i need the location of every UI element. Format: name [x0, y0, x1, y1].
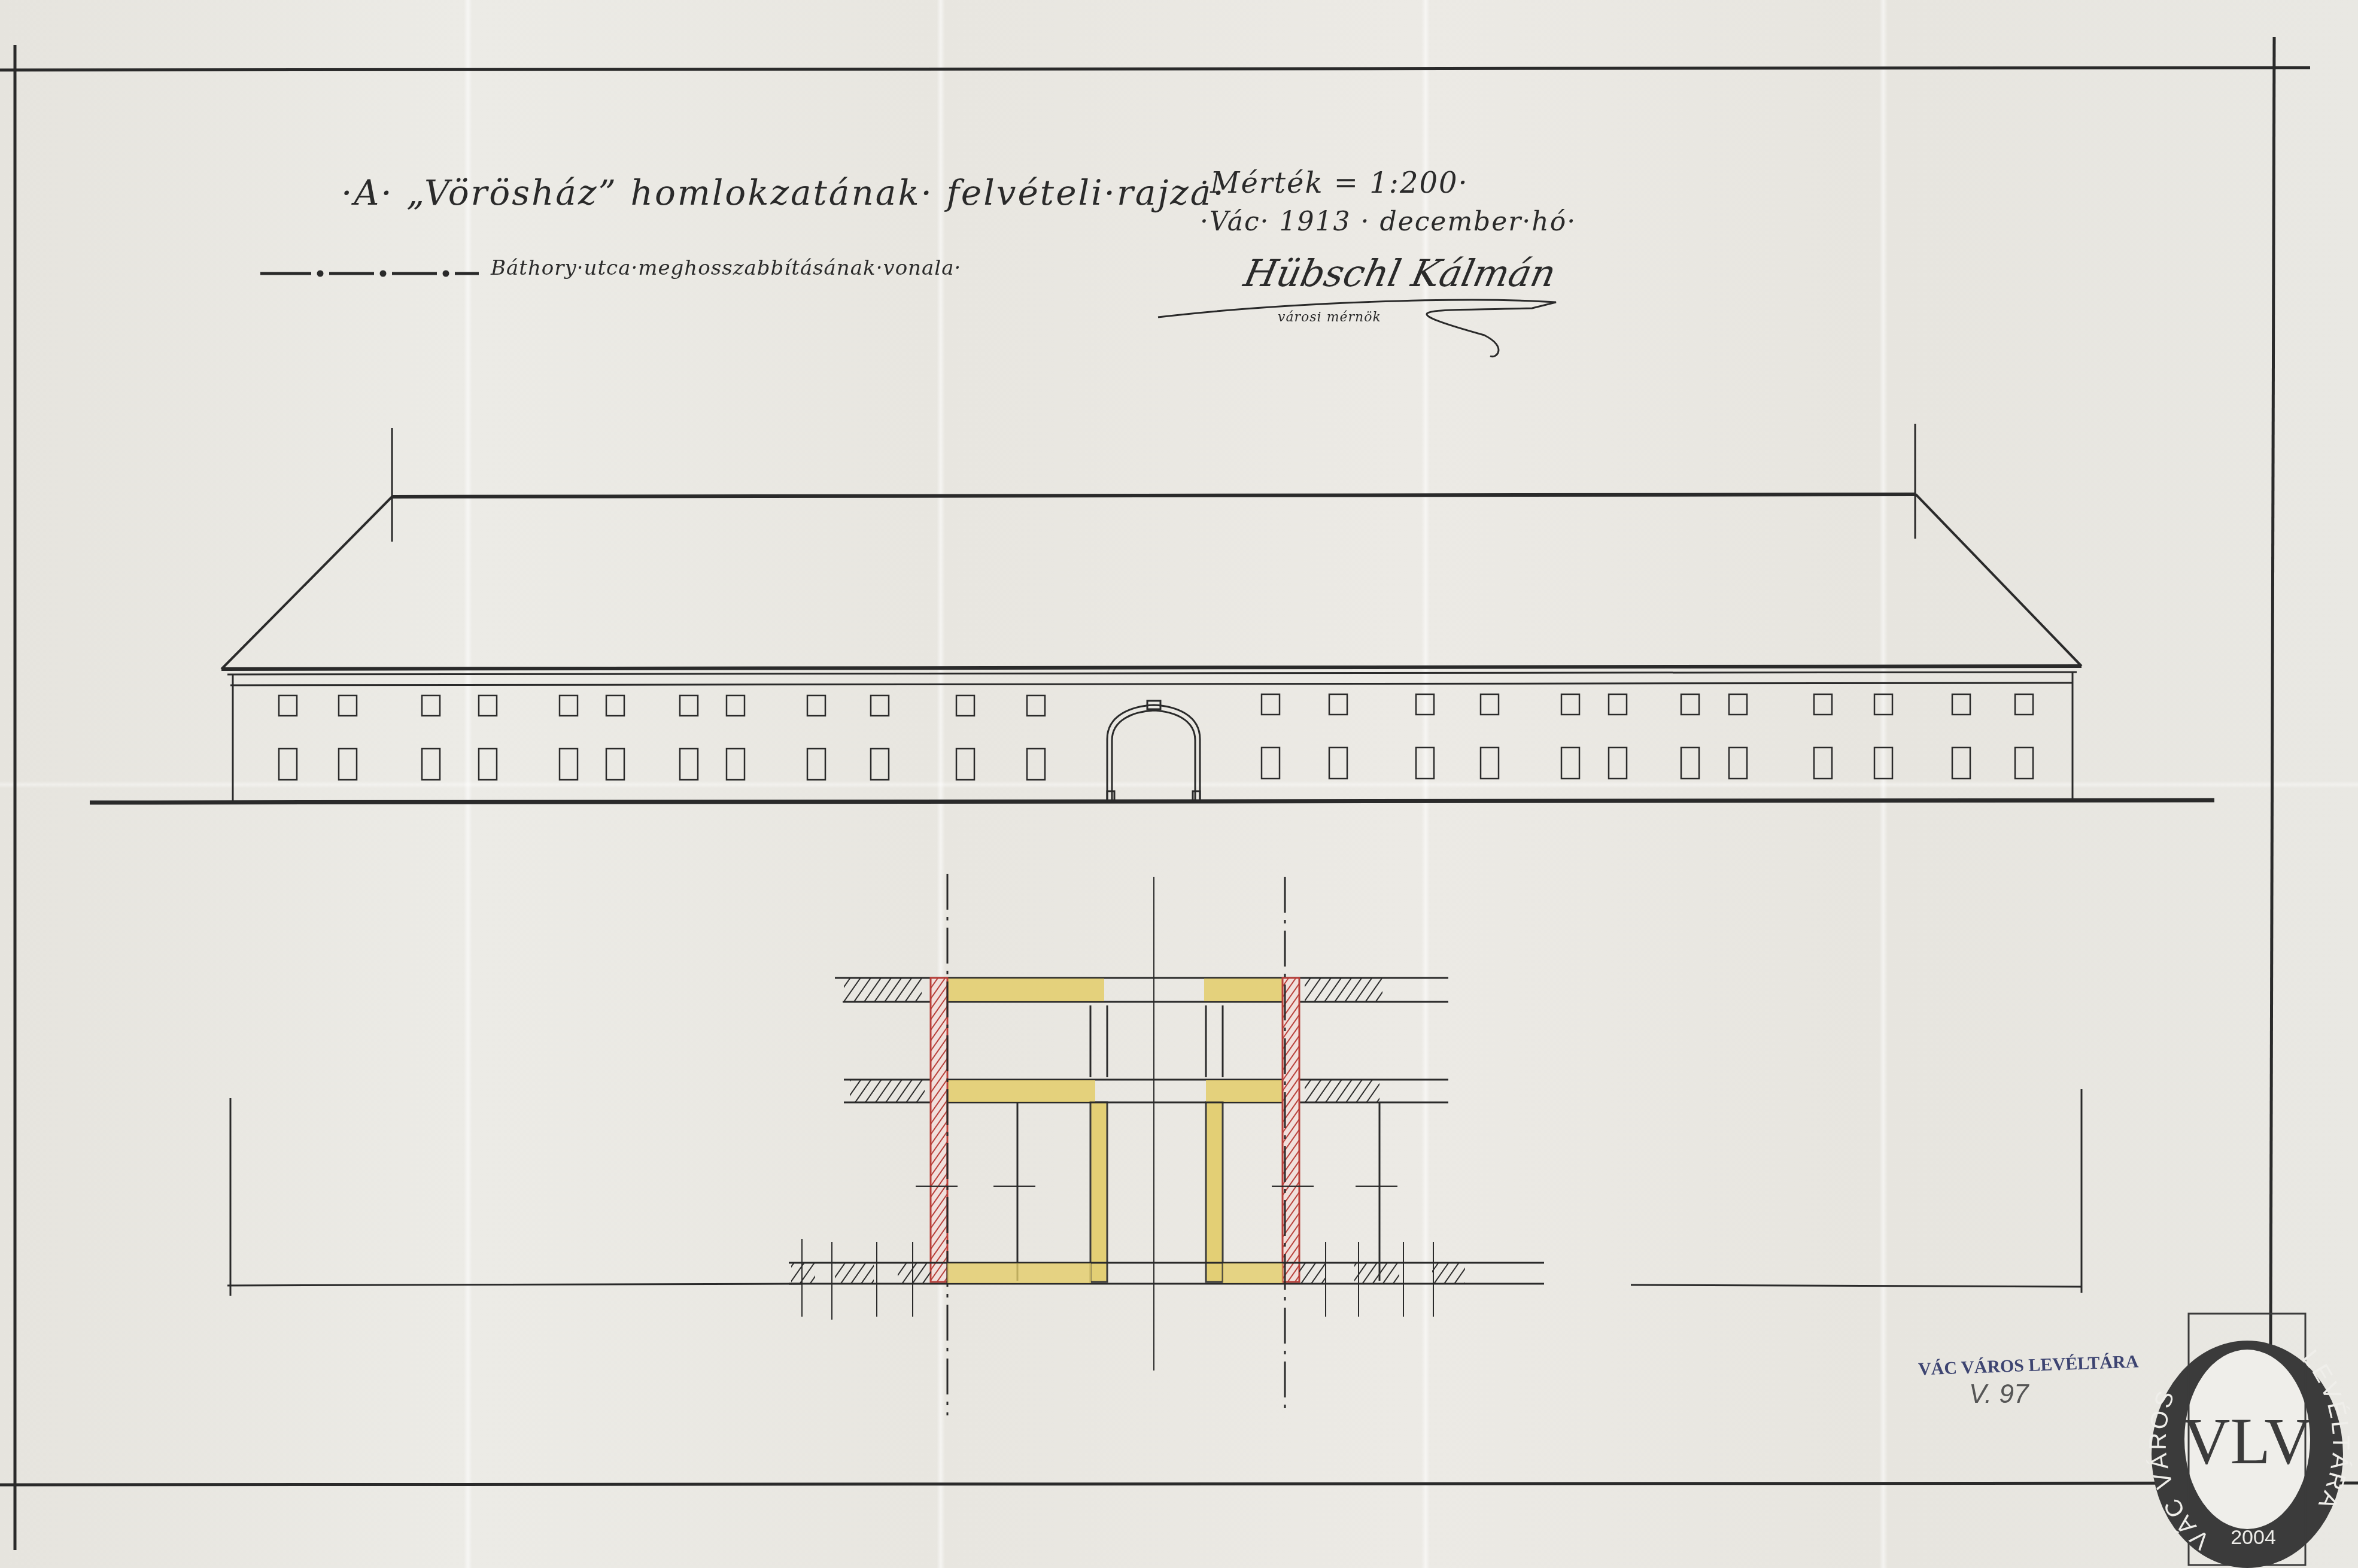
seal-year: 2004 — [2231, 1526, 2276, 1549]
arched-gate — [1107, 701, 1200, 802]
technical-drawing — [0, 0, 2358, 1568]
signature: Hübschl Kálmán — [1240, 251, 1560, 295]
border-frame — [0, 37, 2358, 1556]
place-date-label: ·Vác· 1913 · december·hó· — [1200, 206, 1576, 237]
facade-elevation — [90, 424, 2214, 803]
signer-role: városi mérnök — [1278, 310, 1381, 325]
signature-flourish — [1158, 300, 1556, 357]
archive-seal-icon: VLV VÁC VÁROS LEVÉLTÁRA 2004 — [2140, 1305, 2355, 1568]
drawing-title: ·A· „Vörösház” homlokzatának· felvételi·… — [341, 172, 1226, 213]
legend-label: Báthory·utca·meghosszabbításának·vonala· — [491, 256, 961, 280]
shelfmark: V. 97 — [1969, 1379, 2028, 1409]
floor-plan — [227, 874, 2082, 1415]
legend-dashdot-line — [260, 272, 479, 275]
scale-label: ·Mérték = 1:200· — [1200, 166, 1469, 200]
seal-monogram: VLV — [2183, 1405, 2312, 1478]
lower-windows — [279, 747, 2033, 780]
